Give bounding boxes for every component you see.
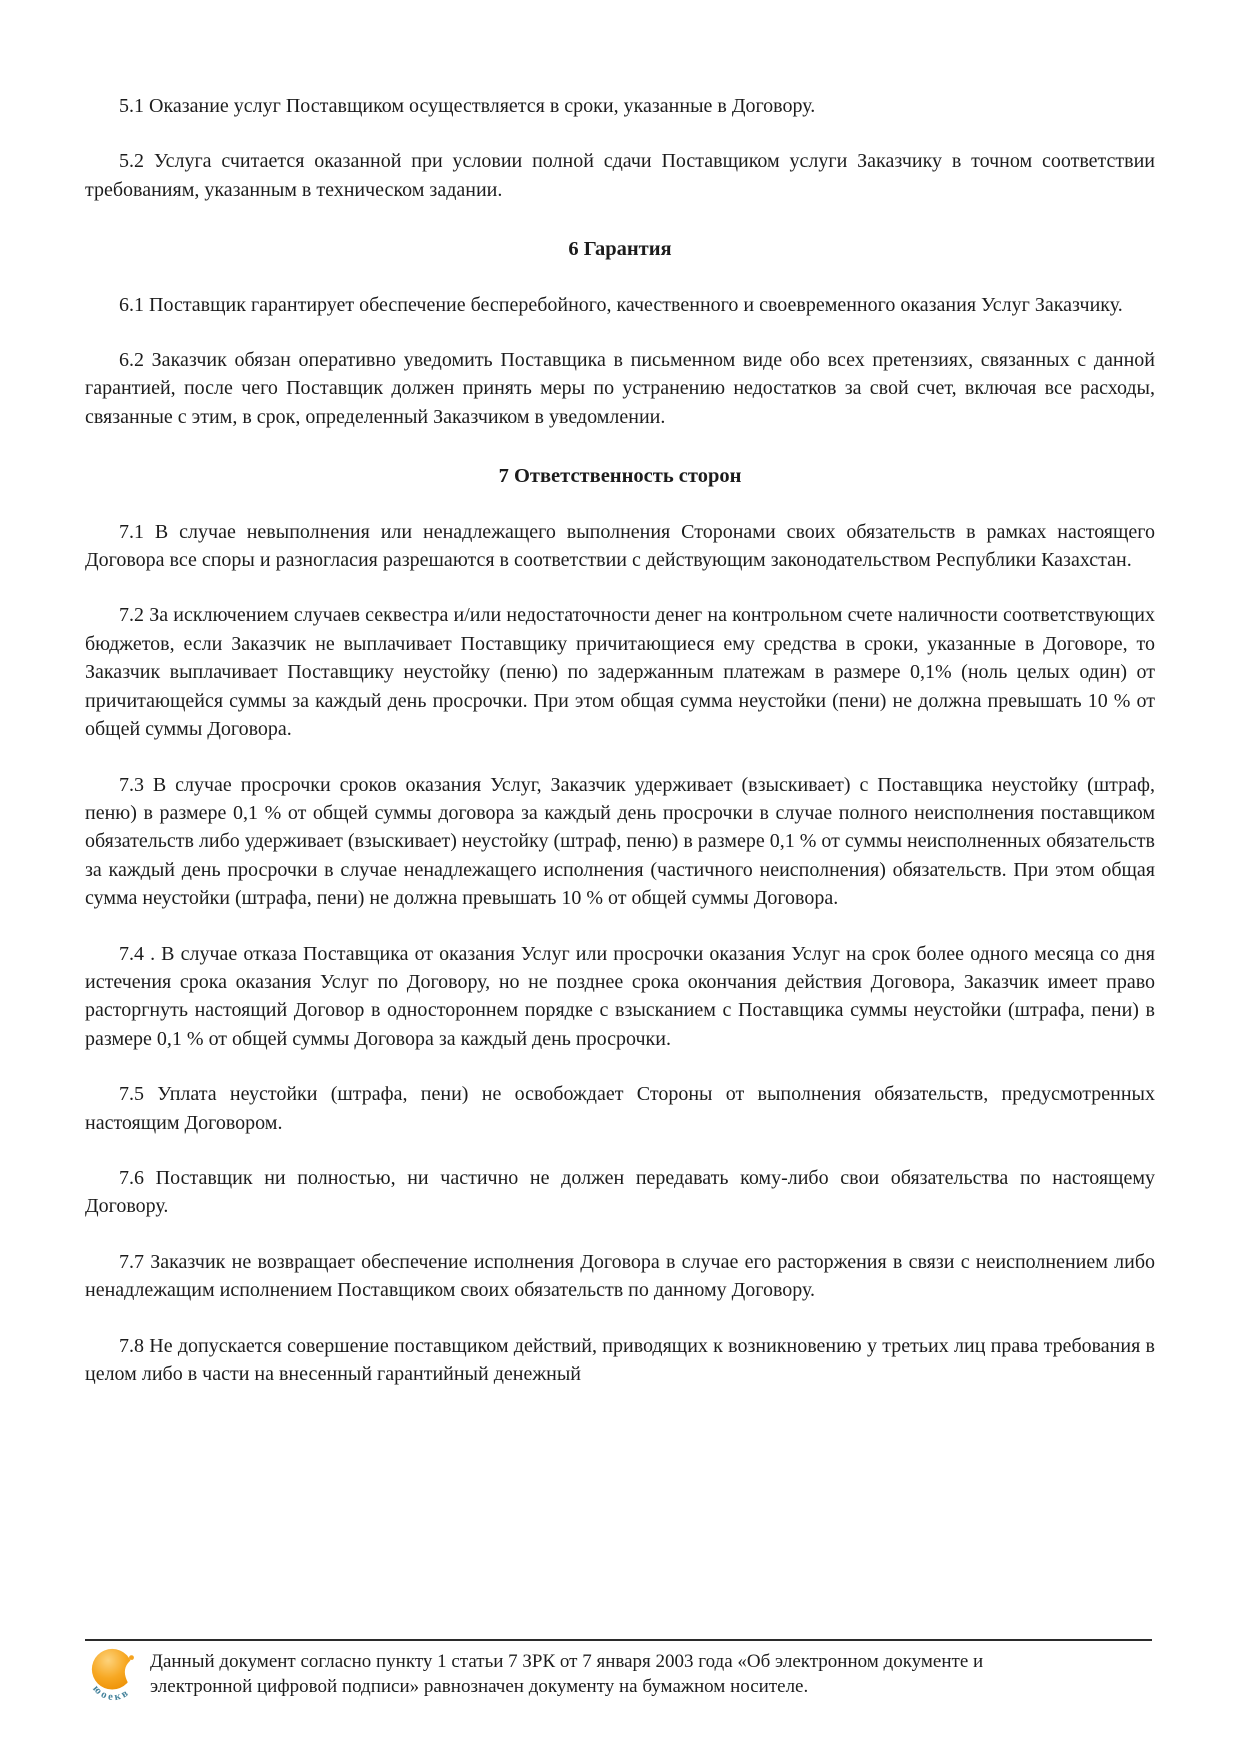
clause-6-2: 6.2 Заказчик обязан оперативно уведомить… [85,346,1155,431]
clause-7-8-truncated: 7.8 Не допускается совершение поставщико… [85,1332,1155,1389]
egov-logo-icon: ю о е к в [88,1647,146,1705]
clause-7-5: 7.5 Уплата неустойки (штрафа, пени) не о… [85,1080,1155,1137]
clause-7-1: 7.1 В случае невыполнения или ненадлежащ… [85,518,1155,575]
document-body: 5.1 Оказание услуг Поставщиком осуществл… [85,0,1155,1729]
document-page: 5.1 Оказание услуг Поставщиком осуществл… [0,0,1241,1754]
clause-7-2: 7.2 За исключением случаев секвестра и/и… [85,601,1155,743]
clause-5-2: 5.2 Услуга считается оказанной при услов… [85,147,1155,204]
logo-dot [129,1655,134,1660]
clause-5-1: 5.1 Оказание услуг Поставщиком осуществл… [85,92,1155,120]
clause-7-3: 7.3 В случае просрочки сроков оказания У… [85,771,1155,913]
clause-7-6: 7.6 Поставщик ни полностью, ни частично … [85,1164,1155,1221]
clause-7-7: 7.7 Заказчик не возвращает обеспечение и… [85,1248,1155,1305]
section-heading-7-otvetstvennost: 7 Ответственность сторон [85,462,1155,490]
clause-7-4: 7.4 . В случае отказа Поставщика от оказ… [85,940,1155,1054]
section-heading-6-garantiya: 6 Гарантия [85,235,1155,263]
clause-6-1: 6.1 Поставщик гарантирует обеспечение бе… [85,291,1155,319]
footer-disclaimer: Данный документ согласно пункту 1 статьи… [150,1649,1030,1699]
page-footer: ю о е к в Данный документ согласно пункт… [85,1639,1152,1741]
